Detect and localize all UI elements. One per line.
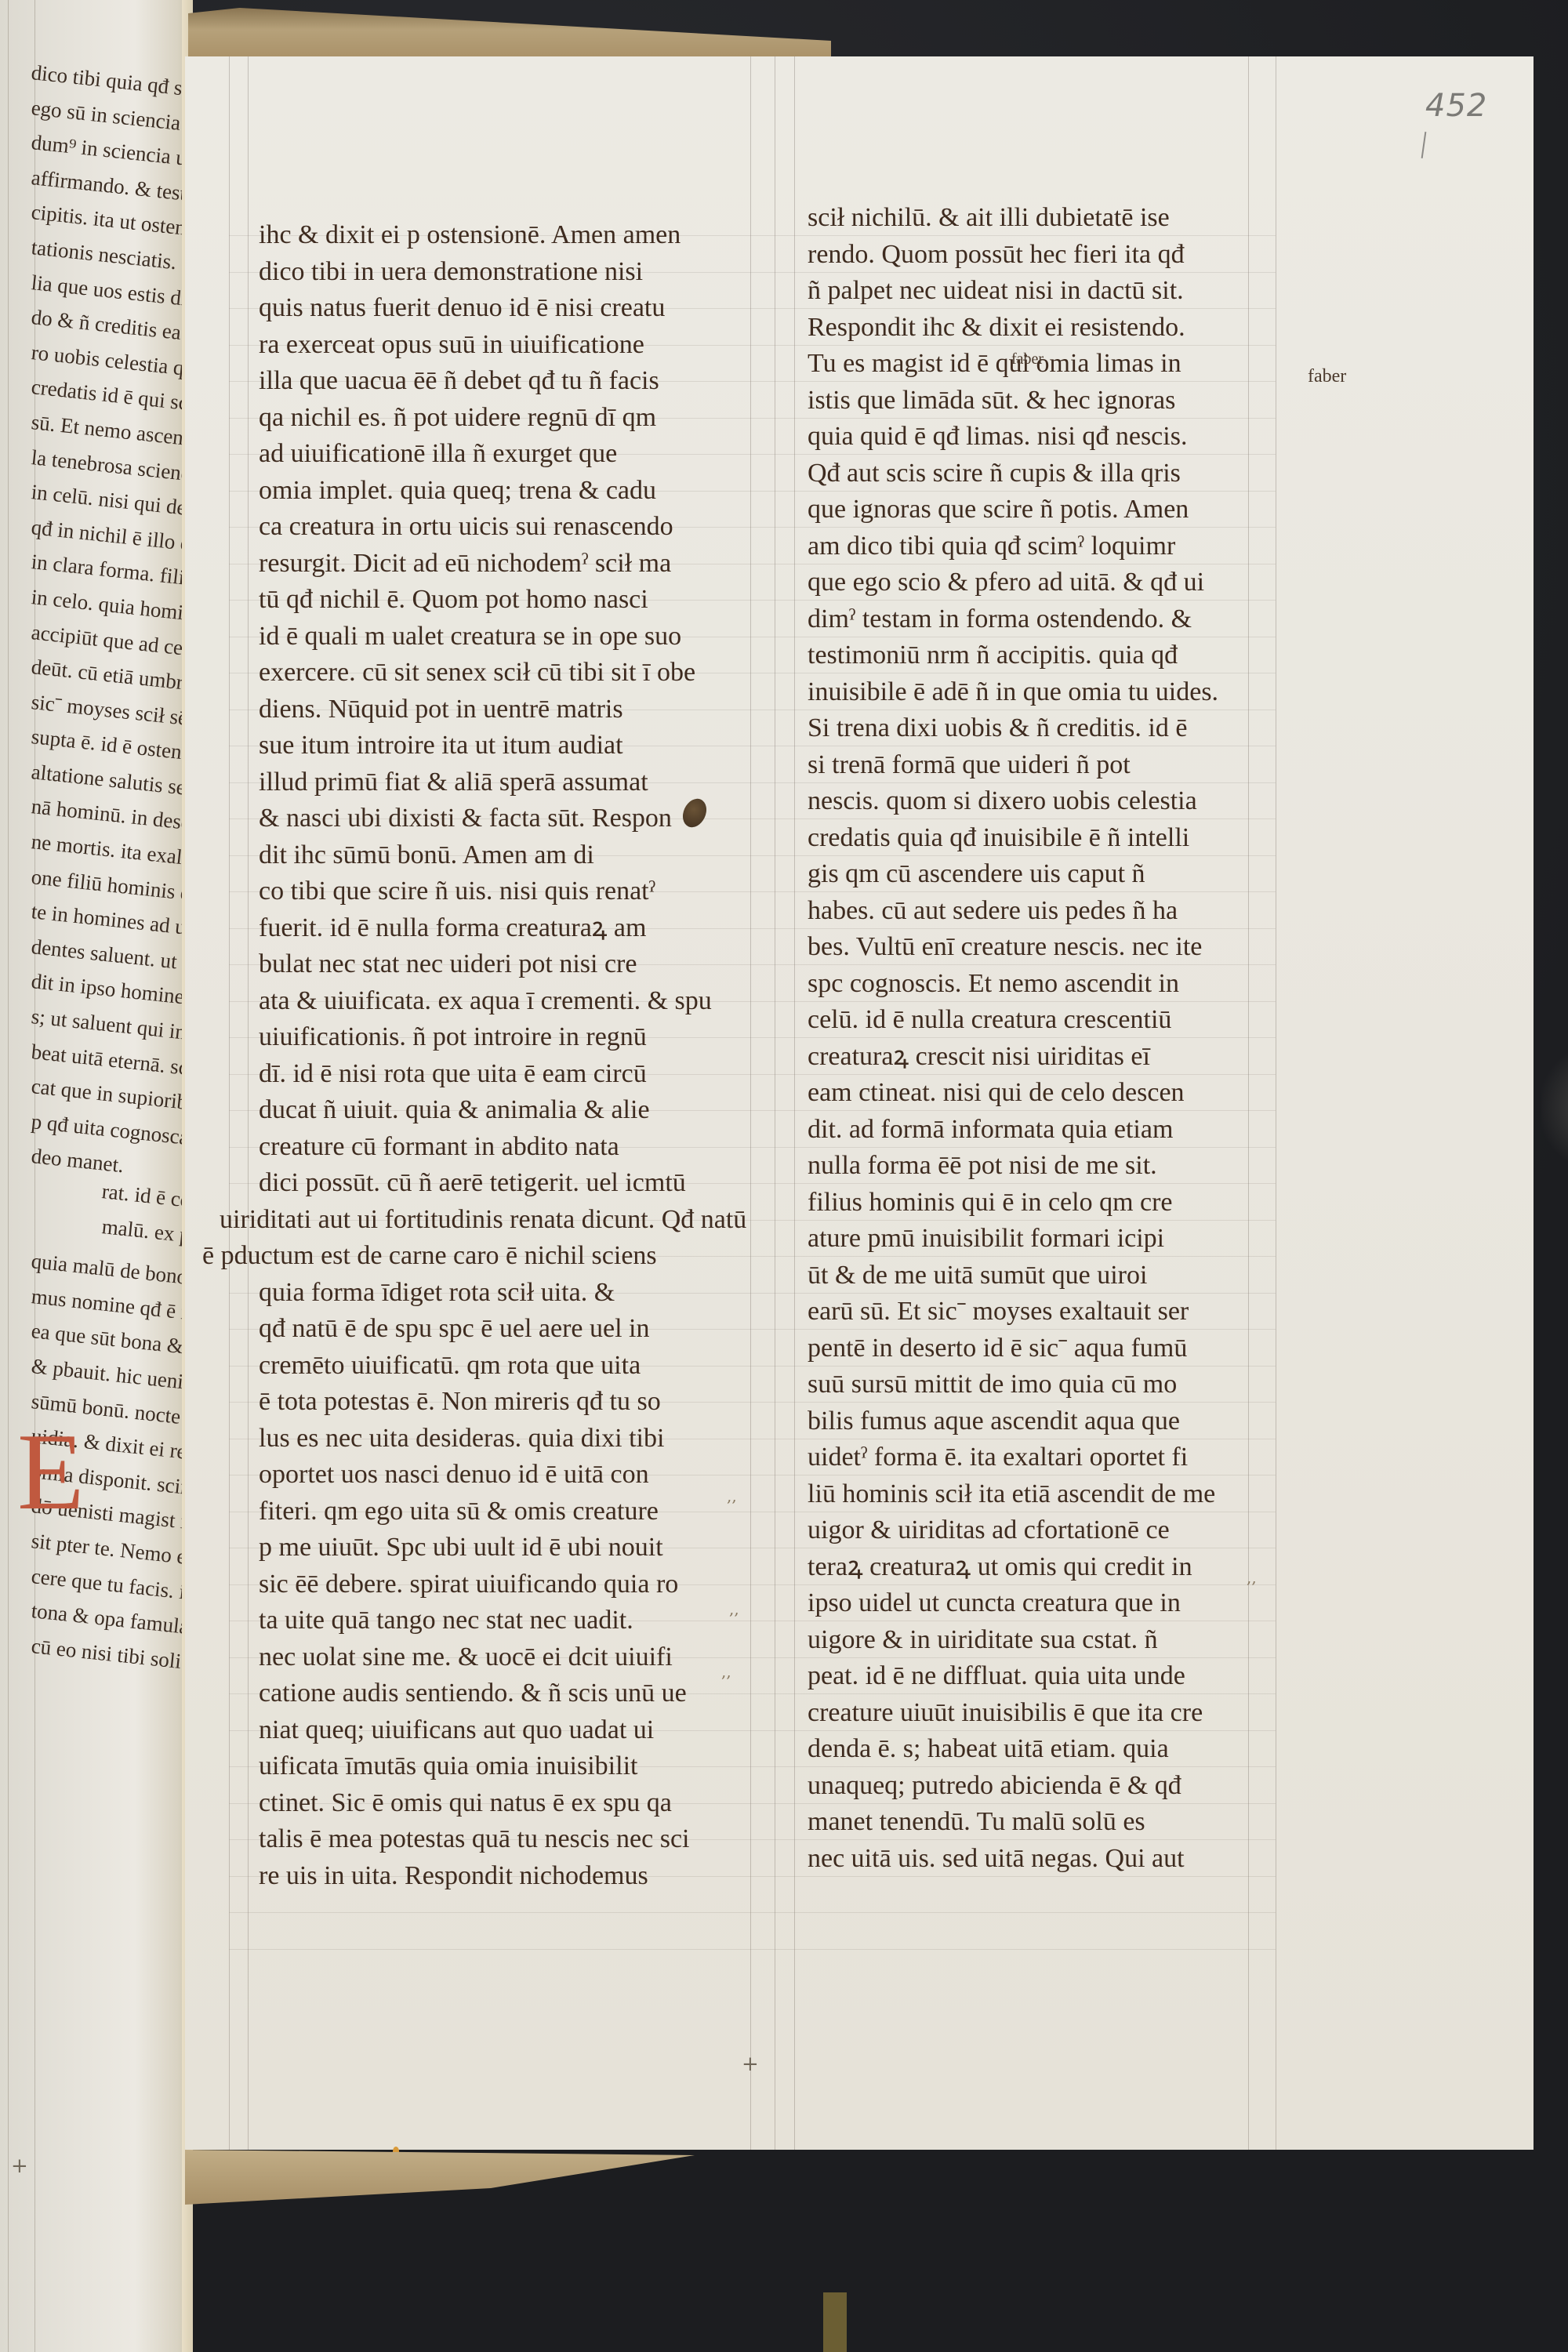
margin-note: faber xyxy=(1308,366,1346,387)
text-line: celū. id ē nulla creatura crescentiū xyxy=(808,1002,1218,1039)
text-line: niat queq; uiuificans aut quo uadat ui xyxy=(259,1712,746,1749)
text-line: bes. Vultū enī creature nescis. nec ite xyxy=(808,929,1218,966)
text-line: ducat ñ uiuit. quia & animalia & alie xyxy=(259,1092,746,1129)
text-line: dit ihc sūmū bonū. Amen am di xyxy=(259,837,746,874)
text-line: rendo. Quom possūt hec fieri ita qđ xyxy=(808,237,1218,274)
text-line: ē pductum est de carne caro ē nichil sci… xyxy=(202,1238,746,1275)
text-line: Si trena dixi uobis & ñ creditis. id ē xyxy=(808,710,1218,747)
text-line: testimoniū nrm ñ accipitis. quia qđ xyxy=(808,637,1218,674)
ruling-line-vertical xyxy=(229,56,230,2150)
text-line: nescis. quom si dixero uobis celestia xyxy=(808,783,1218,820)
text-line: inuisibile ē adē ñ in que omia tu uides. xyxy=(808,674,1218,711)
text-line: talis ē mea potestas quā tu nescis nec s… xyxy=(259,1821,746,1858)
text-line: istis que limāda sūt. & hec ignoras xyxy=(808,383,1218,419)
folio-number: 452 xyxy=(1425,88,1487,124)
text-line: & nasci ubi dixisti & facta sūt. Respon xyxy=(259,800,746,837)
text-line: creature uiuūt inuisibilis ē que ita cre xyxy=(808,1695,1218,1732)
text-line: co tibi que scire ñ uis. nisi quis renat… xyxy=(259,873,746,910)
text-line: teraꝝ creaturaꝝ ut omis qui credit in xyxy=(808,1549,1218,1586)
text-line: quia forma īdiget rota scił uita. & xyxy=(259,1275,746,1312)
text-line: ad uiuificationē illa ñ exurget que xyxy=(259,436,746,473)
text-line: quia quid ē qđ limas. nisi qđ nescis. xyxy=(808,419,1218,456)
text-line: exercere. cū sit senex scił cū tibi sit … xyxy=(259,655,746,691)
text-line: uidetˀ forma ē. ita exaltari oportet fi xyxy=(808,1439,1218,1476)
text-line: dī. id ē nisi rota que uita ē eam circū xyxy=(259,1056,746,1093)
text-line: spc cognoscis. Et nemo ascendit in xyxy=(808,966,1218,1003)
text-line: sue itum introire ita ut itum audiat xyxy=(259,728,746,764)
text-line: qa nichil es. ñ pot uidere regnū dī qm xyxy=(259,400,746,437)
text-line: ē tota potestas ē. Non mireris qđ tu so xyxy=(259,1384,746,1421)
verso-ruling-line xyxy=(8,0,9,2352)
ruling-line-vertical xyxy=(1248,56,1249,2150)
text-line: pentē in deserto id ē sicˉ aqua fumū xyxy=(808,1330,1218,1367)
text-line: unaqueq; putredo abicienda ē & qđ xyxy=(808,1768,1218,1805)
text-line: ctinet. Sic ē omis qui natus ē ex spu qa xyxy=(259,1785,746,1822)
text-line: illud primū fiat & aliā sperā assumat xyxy=(259,764,746,801)
text-line: uigor & uiriditas ad cfortationē ce xyxy=(808,1512,1218,1549)
ruling-line-vertical xyxy=(775,56,775,2150)
text-line: uigore & in uiriditate sua cstat. ñ xyxy=(808,1622,1218,1659)
text-line: scił nichilū. & ait illi dubietatē ise xyxy=(808,200,1218,237)
text-line: cremēto uiuificatū. qm rota que uita xyxy=(259,1348,746,1385)
interlinear-gloss: faber xyxy=(1011,350,1044,368)
text-line: ipso uidel ut cuncta creatura que in xyxy=(808,1585,1218,1622)
ruling-line-vertical xyxy=(750,56,751,2150)
text-line: ūt & de me uitā sumūt que uiroi xyxy=(808,1258,1218,1294)
text-line: liū hominis scił ita etiā ascendit de me xyxy=(808,1476,1218,1513)
text-line: uificata īmutās quia omia inuisibilit xyxy=(259,1748,746,1785)
quire-mark: + xyxy=(742,2053,759,2076)
ruling-line-vertical xyxy=(794,56,795,2150)
ruling-line-vertical xyxy=(1276,56,1276,2150)
text-line: fuerit. id ē nulla forma creaturaꝝ am xyxy=(259,910,746,947)
text-line: nec uolat sine me. & uocē ei dcit uiuifi xyxy=(259,1639,746,1676)
text-line: nulla forma ēē pot nisi de me sit. xyxy=(808,1148,1218,1185)
line-marker: ,, xyxy=(729,1599,739,1618)
verso-quire-mark: + xyxy=(11,2154,28,2178)
text-line: manet tenendū. Tu malū solū es xyxy=(808,1804,1218,1841)
text-line: denda ē. s; habeat uitā etiam. quia xyxy=(808,1731,1218,1768)
text-line: suū sursū mittit de imo quia cū mo xyxy=(808,1367,1218,1403)
text-line: dit. ad formā informata quia etiam xyxy=(808,1112,1218,1149)
text-line: resurgit. Dicit ad eū nichodemˀ scił ma xyxy=(259,546,746,583)
text-line: ra exerceat opus suū in uiuificatione xyxy=(259,327,746,364)
page-stain xyxy=(1541,1036,1568,1178)
text-line: am dico tibi quia qđ scimˀ loquimr xyxy=(808,528,1218,565)
text-line: bilis fumus aque ascendit aqua que xyxy=(808,1403,1218,1440)
text-line: ata & uiuificata. ex aqua ī crementi. & … xyxy=(259,983,746,1020)
text-line: id ē quali m ualet creatura se in ope su… xyxy=(259,619,746,655)
text-line: fiteri. qm ego uita sū & omis creature xyxy=(259,1494,746,1530)
line-marker: ,, xyxy=(721,1662,731,1681)
text-line: Respondit ihc & dixit ei resistendo. xyxy=(808,310,1218,347)
text-line: uiriditati aut ui fortitudinis renata di… xyxy=(220,1202,746,1239)
text-line: diens. Nūquid pot in uentrē matris xyxy=(259,691,746,728)
text-column-left: ihc & dixit ei p ostensionē. Amen amendi… xyxy=(259,217,746,1894)
text-line: nec uitā uis. sed uitā negas. Qui aut xyxy=(808,1841,1218,1878)
text-line: quis natus fuerit denuo id ē nisi creatu xyxy=(259,290,746,327)
text-line: peat. id ē ne diffluat. quia uita unde xyxy=(808,1658,1218,1695)
text-line: omia implet. quia queq; trena & cadu xyxy=(259,473,746,510)
line-marker: ,, xyxy=(1247,1568,1257,1587)
text-line: credatis quia qđ inuisibile ē ñ intelli xyxy=(808,820,1218,857)
text-line: ca creatura in ortu uicis sui renascendo xyxy=(259,509,746,546)
text-line: uiuificationis. ñ pot introire in regnū xyxy=(259,1019,746,1056)
text-line: Qđ aut scis scire ñ cupis & illa qris xyxy=(808,456,1218,492)
text-line: lus es nec uita desideras. quia dixi tib… xyxy=(259,1421,746,1457)
ruling-line-vertical xyxy=(248,56,249,2150)
text-line: dici possūt. cū ñ aerē tetigerit. uel ic… xyxy=(259,1165,746,1202)
bookmark-ribbon xyxy=(823,2292,847,2352)
text-line: tū qđ nichil ē. Quom pot homo nasci xyxy=(259,582,746,619)
text-line: illa que uacua ēē ñ debet qđ tu ñ facis xyxy=(259,363,746,400)
text-column-right: scił nichilū. & ait illi dubietatē isere… xyxy=(808,200,1218,1877)
text-line: re uis in uita. Respondit nichodemus xyxy=(259,1858,746,1895)
text-line: creature cū formant in abdito nata xyxy=(259,1129,746,1166)
line-marker: ,, xyxy=(727,1486,737,1505)
text-line: ature pmū inuisibilit formari icipi xyxy=(808,1221,1218,1258)
text-line: si trenā formā que uideri ñ pot xyxy=(808,747,1218,784)
text-line: que ego scio & pfero ad uitā. & qđ ui xyxy=(808,564,1218,601)
text-line: creaturaꝝ crescit nisi uiriditas eī xyxy=(808,1039,1218,1076)
text-line: sic ēē debere. spirat uiuificando quia r… xyxy=(259,1566,746,1603)
text-line: dico tibi in uera demonstratione nisi xyxy=(259,254,746,291)
text-line: oportet uos nasci denuo id ē uitā con xyxy=(259,1457,746,1494)
ruling-line-horizontal xyxy=(229,1912,1276,1913)
text-line: habes. cū aut sedere uis pedes ñ ha xyxy=(808,893,1218,930)
text-line: p me uiuūt. Spc ubi uult id ē ubi nouit xyxy=(259,1530,746,1566)
text-line: catione audis sentiendo. & ñ scis unū ue xyxy=(259,1675,746,1712)
text-line: ñ palpet nec uideat nisi in dactū sit. xyxy=(808,273,1218,310)
text-line: dimˀ testam in forma ostendendo. & xyxy=(808,601,1218,638)
rubricated-initial: E xyxy=(17,1417,85,1527)
text-line: filius hominis qui ē in celo qm cre xyxy=(808,1185,1218,1221)
verso-page: dico tibi quia qđ scim⁹ loqego sū in sci… xyxy=(0,0,193,2352)
text-line: gis qm cū ascendere uis caput ñ xyxy=(808,856,1218,893)
text-line: ta uite quā tango nec stat nec uadit. xyxy=(259,1602,746,1639)
text-line: que ignoras que scire ñ potis. Amen xyxy=(808,492,1218,528)
text-line: bulat nec stat nec uideri pot nisi cre xyxy=(259,946,746,983)
text-line: earū sū. Et sicˉ moyses exaltauit ser xyxy=(808,1294,1218,1330)
text-line: ihc & dixit ei p ostensionē. Amen amen xyxy=(259,217,746,254)
text-line: qđ natū ē de spu spc ē uel aere uel in xyxy=(259,1311,746,1348)
ruling-line-horizontal xyxy=(229,1949,1276,1950)
text-line: eam ctineat. nisi qui de celo descen xyxy=(808,1075,1218,1112)
